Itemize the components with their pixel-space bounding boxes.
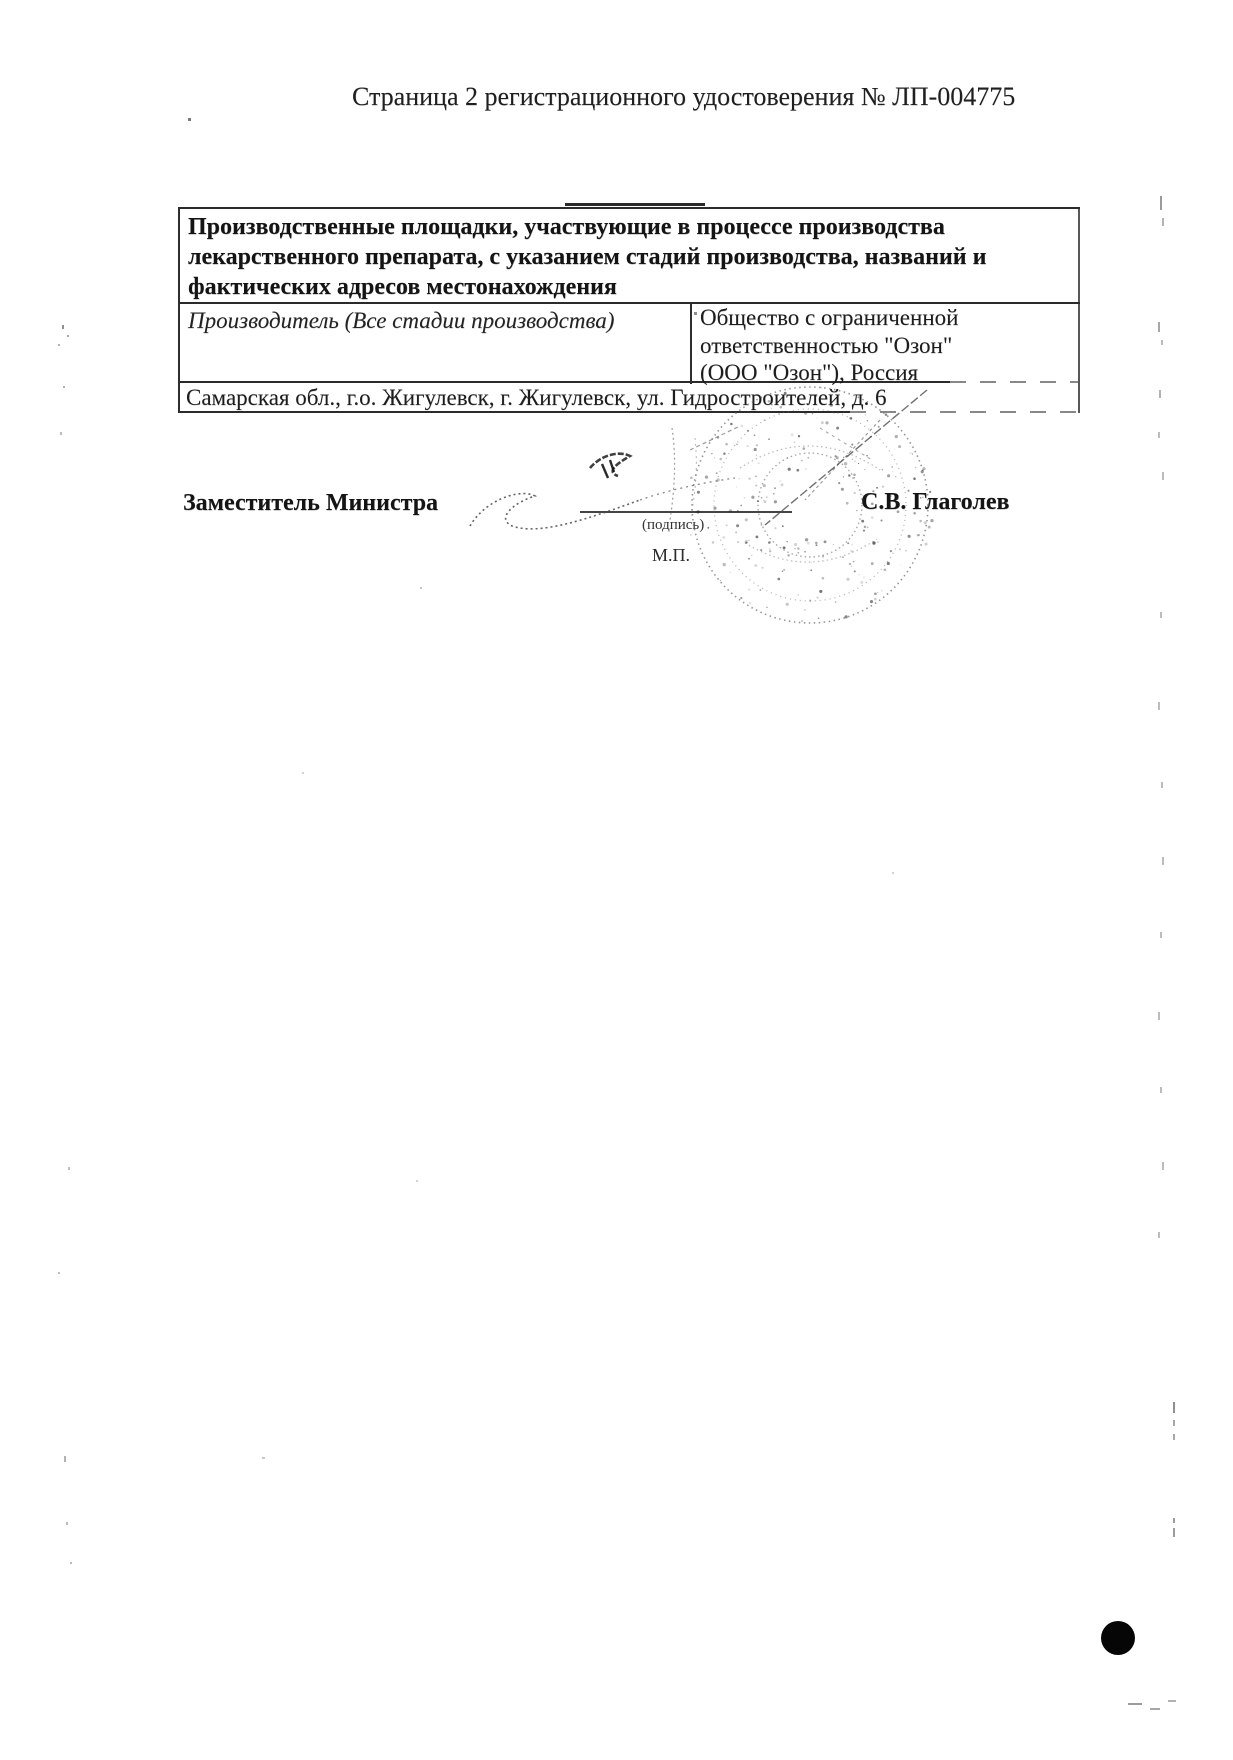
scan-noise	[892, 872, 894, 874]
producer-value-line-1: Общество с ограниченной	[700, 304, 1040, 332]
scan-noise	[70, 1562, 72, 1564]
round-seal-and-signature	[440, 368, 1020, 668]
scan-noise	[67, 335, 69, 337]
scan-noise	[64, 1456, 66, 1462]
scan-noise	[1173, 1420, 1175, 1426]
scan-noise	[262, 1457, 265, 1459]
table-header-cell: Производственные площадки, участвующие в…	[188, 212, 1072, 302]
scanned-document-page: Страница 2 регистрационного удостоверени…	[0, 0, 1233, 1760]
scan-noise	[1160, 1087, 1162, 1093]
scan-noise	[66, 1522, 68, 1525]
signer-title: Заместитель Министра	[183, 490, 438, 517]
scan-noise	[1158, 702, 1160, 710]
scan-noise	[420, 587, 422, 589]
table-border-artifact	[565, 203, 705, 206]
scan-noise	[1173, 1518, 1175, 1523]
scan-noise	[1173, 1402, 1175, 1413]
scan-noise	[58, 344, 60, 346]
scan-noise	[1162, 472, 1164, 480]
scan-noise	[1150, 1708, 1160, 1710]
scan-noise	[1162, 1162, 1164, 1170]
table-border-top	[178, 207, 1080, 209]
scan-noise	[63, 386, 65, 388]
scan-noise	[1161, 340, 1163, 345]
black-dot-mark	[1101, 1621, 1135, 1655]
scan-noise	[1162, 218, 1164, 226]
scan-noise	[1160, 196, 1162, 210]
scan-noise	[1159, 390, 1161, 398]
scan-noise	[1160, 932, 1162, 938]
handwritten-signature-icon	[470, 390, 927, 529]
scan-noise	[68, 1167, 70, 1170]
scan-noise	[302, 772, 304, 774]
producer-label-cell: Производитель (Все стадии производства)	[188, 308, 614, 334]
scan-noise	[694, 312, 697, 315]
scan-noise	[1128, 1703, 1142, 1705]
scan-noise	[1162, 857, 1164, 865]
scan-noise	[1160, 612, 1162, 618]
producer-value-line-2: ответственностью "Озон"	[700, 332, 1040, 360]
scan-noise	[1161, 782, 1163, 788]
scan-noise	[1158, 1232, 1160, 1238]
scan-noise	[62, 325, 64, 329]
scan-noise	[58, 1272, 60, 1274]
page-header: Страница 2 регистрационного удостоверени…	[352, 82, 1015, 112]
scan-noise	[1158, 1012, 1160, 1020]
scan-noise	[60, 432, 62, 435]
scan-noise	[188, 118, 191, 121]
scan-noise	[1173, 1434, 1175, 1440]
scan-noise	[1158, 322, 1160, 332]
scan-noise	[1168, 1700, 1176, 1702]
scan-noise	[1158, 432, 1160, 438]
seal-stamp-icon	[690, 387, 935, 623]
scan-noise	[1173, 1528, 1175, 1537]
scan-noise	[416, 1180, 418, 1182]
